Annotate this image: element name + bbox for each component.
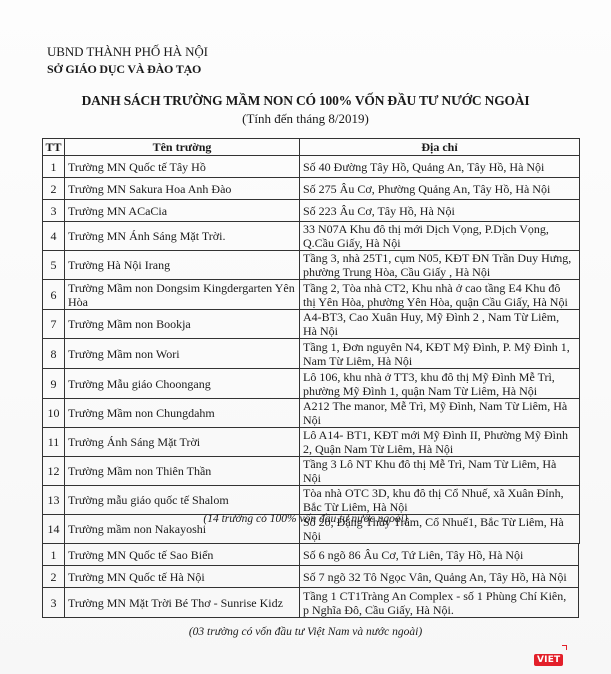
- table-row: 2Trường MN Sakura Hoa Anh ĐàoSố 275 Âu C…: [43, 178, 580, 200]
- table-row: 3Trường MN ACaCiaSố 223 Âu Cơ, Tây Hồ, H…: [43, 200, 580, 222]
- school-address: A4-BT3, Cao Xuân Huy, Mỹ Đình 2 , Nam Từ…: [300, 310, 580, 339]
- school-address: A212 The manor, Mễ Trì, Mỹ Đình, Nam Từ …: [300, 399, 580, 428]
- school-name: Trường Mầm non Wori: [65, 339, 300, 369]
- school-name: Trường MN ACaCia: [65, 200, 300, 222]
- header-tt: TT: [43, 139, 65, 156]
- table-row: 12Trường Mầm non Thiên ThầnTầng 3 Lô NT …: [43, 457, 580, 486]
- table-row: 1Trường MN Quốc tế Tây HồSố 40 Đường Tây…: [43, 156, 580, 178]
- school-address: Tòa nhà OTC 3D, khu đô thị Cổ Nhuế, xã X…: [300, 486, 580, 515]
- school-address: Lô 106, khu nhà ở TT3, khu đô thị Mỹ Đìn…: [300, 369, 580, 399]
- row-number: 9: [43, 369, 65, 399]
- table-row: 2Trường MN Quốc tế Hà NộiSố 7 ngõ 32 Tô …: [43, 566, 579, 588]
- row-number: 8: [43, 339, 65, 369]
- school-address: Tầng 3 Lô NT Khu đô thị Mễ Trì, Nam Từ L…: [300, 457, 580, 486]
- row-number: 2: [43, 566, 65, 588]
- row-number: 7: [43, 310, 65, 339]
- row-number: 6: [43, 280, 65, 310]
- row-number: 1: [43, 156, 65, 178]
- school-name: Trường Ánh Sáng Mặt Trời: [65, 428, 300, 457]
- joint-venture-schools-table: 1Trường MN Quốc tế Sao BiểnSố 6 ngõ 86 Â…: [42, 543, 579, 618]
- school-name: Trường MN Mặt Trời Bé Thơ - Sunrise Kidz: [65, 588, 300, 618]
- school-address: Tầng 1, Đơn nguyên N4, KĐT Mỹ Đình, P. M…: [300, 339, 580, 369]
- row-number: 2: [43, 178, 65, 200]
- school-address: 33 N07A Khu đô thị mới Dịch Vọng, P.Dịch…: [300, 222, 580, 251]
- table-row: 4Trường MN Ánh Sáng Mặt Trời.33 N07A Khu…: [43, 222, 580, 251]
- table-row: 6Trường Mầm non Dongsim Kingdergarten Yê…: [43, 280, 580, 310]
- table-row: 11Trường Ánh Sáng Mặt TrờiLô A14- BT1, K…: [43, 428, 580, 457]
- row-number: 1: [43, 544, 65, 566]
- school-name: Trường MN Quốc tế Sao Biển: [65, 544, 300, 566]
- row-number: 5: [43, 251, 65, 280]
- org-line-2: SỞ GIÁO DỤC VÀ ĐÀO TẠO: [47, 62, 201, 77]
- school-address: Tầng 1 CT1Tràng An Complex - số 1 Phùng …: [300, 588, 579, 618]
- document-title: DANH SÁCH TRƯỜNG MẦM NON CÓ 100% VỐN ĐẦU…: [0, 93, 611, 109]
- row-number: 13: [43, 486, 65, 515]
- school-name: Trường MN Sakura Hoa Anh Đào: [65, 178, 300, 200]
- table-row: 1Trường MN Quốc tế Sao BiểnSố 6 ngõ 86 Â…: [43, 544, 579, 566]
- school-name: Trường MN Quốc tế Hà Nội: [65, 566, 300, 588]
- school-address: Số 223 Âu Cơ, Tây Hồ, Hà Nội: [300, 200, 580, 222]
- watermark-label: VIET: [534, 654, 563, 666]
- row-number: 12: [43, 457, 65, 486]
- row-number: 11: [43, 428, 65, 457]
- school-name: Trường Mầm non Dongsim Kingdergarten Yên…: [65, 280, 300, 310]
- row-number: 4: [43, 222, 65, 251]
- school-name: Trường Hà Nội Irang: [65, 251, 300, 280]
- table2-caption: (03 trường có vốn đầu tư Việt Nam và nướ…: [0, 626, 611, 638]
- table-row: 9Trường Mẫu giáo ChoongangLô 106, khu nh…: [43, 369, 580, 399]
- school-address: Số 275 Âu Cơ, Phường Quảng An, Tây Hồ, H…: [300, 178, 580, 200]
- row-number: 10: [43, 399, 65, 428]
- school-address: Tầng 3, nhà 25T1, cụm N05, KĐT ĐN Trần D…: [300, 251, 580, 280]
- school-name: Trường Mầm non Thiên Thần: [65, 457, 300, 486]
- viet-watermark-logo: VIET: [534, 649, 563, 667]
- table1-caption: (14 trường có 100% vốn đầu tư nước ngoài…: [0, 513, 611, 525]
- school-name: Trường MN Ánh Sáng Mặt Trời.: [65, 222, 300, 251]
- school-name: Trường mẫu giáo quốc tế Shalom: [65, 486, 300, 515]
- school-address: Lô A14- BT1, KĐT mới Mỹ Đình II, Phường …: [300, 428, 580, 457]
- table-row: 8Trường Mầm non WoriTầng 1, Đơn nguyên N…: [43, 339, 580, 369]
- table-row: 5Trường Hà Nội IrangTầng 3, nhà 25T1, cụ…: [43, 251, 580, 280]
- table-row: 3Trường MN Mặt Trời Bé Thơ - Sunrise Kid…: [43, 588, 579, 618]
- foreign-schools-table: TT Tên trường Địa chỉ 1Trường MN Quốc tế…: [42, 138, 580, 544]
- table-row: 7Trường Mầm non BookjaA4-BT3, Cao Xuân H…: [43, 310, 580, 339]
- corner-bracket-icon: [562, 645, 567, 650]
- school-name: Trường Mầm non Bookja: [65, 310, 300, 339]
- row-number: 3: [43, 200, 65, 222]
- table-header-row: TT Tên trường Địa chỉ: [43, 139, 580, 156]
- school-address: Số 40 Đường Tây Hồ, Quảng An, Tây Hồ, Hà…: [300, 156, 580, 178]
- row-number: 3: [43, 588, 65, 618]
- school-name: Trường Mầm non Chungdahm: [65, 399, 300, 428]
- header-name: Tên trường: [65, 139, 300, 156]
- org-line-1: UBND THÀNH PHỐ HÀ NỘI: [47, 44, 208, 60]
- school-name: Trường MN Quốc tế Tây Hồ: [65, 156, 300, 178]
- document-subtitle: (Tính đến tháng 8/2019): [0, 111, 611, 127]
- table-row: 10Trường Mầm non ChungdahmA212 The manor…: [43, 399, 580, 428]
- header-address: Địa chỉ: [300, 139, 580, 156]
- school-name: Trường Mẫu giáo Choongang: [65, 369, 300, 399]
- school-address: Tầng 2, Tòa nhà CT2, Khu nhà ở cao tầng …: [300, 280, 580, 310]
- school-address: Số 7 ngõ 32 Tô Ngọc Vân, Quảng An, Tây H…: [300, 566, 579, 588]
- school-address: Số 6 ngõ 86 Âu Cơ, Tứ Liên, Tây Hồ, Hà N…: [300, 544, 579, 566]
- document-page: UBND THÀNH PHỐ HÀ NỘI SỞ GIÁO DỤC VÀ ĐÀO…: [0, 0, 611, 674]
- table-row: 13Trường mẫu giáo quốc tế ShalomTòa nhà …: [43, 486, 580, 515]
